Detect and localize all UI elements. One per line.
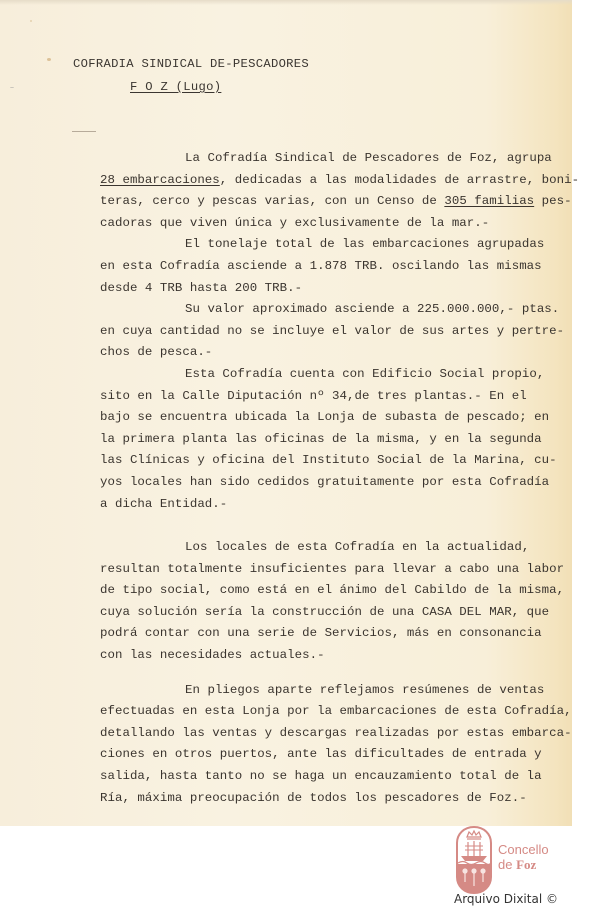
document-title: COFRADIA SINDICAL DE-PESCADORES xyxy=(73,57,309,71)
text-line: teras, cerco y pescas varias, con un Cen… xyxy=(100,191,570,213)
text-segment: sito en la Calle Diputación nº 34,de tre… xyxy=(100,389,527,403)
text-segment: , dedicadas a las modalidades de arrastr… xyxy=(220,173,579,187)
text-line: ciones en otros puertos, ante las dificu… xyxy=(100,744,570,766)
text-segment: desde 4 TRB hasta 200 TRB.- xyxy=(100,281,302,295)
paragraph: La Cofradía Sindical de Pescadores de Fo… xyxy=(100,148,570,234)
text-segment: en cuya cantidad no se incluye el valor … xyxy=(100,324,564,338)
underlined-text: 305 familias xyxy=(444,194,534,208)
paragraph: Esta Cofradía cuenta con Edificio Social… xyxy=(100,364,570,515)
text-line: efectuadas en esta Lonja por la embarcac… xyxy=(100,701,570,723)
text-segment: teras, cerco y pescas varias, con un Cen… xyxy=(100,194,444,208)
logo-line-de-foz: de Foz xyxy=(498,857,549,872)
concello-de-foz-logo: Concello de Foz xyxy=(455,826,575,896)
text-segment: Los locales de esta Cofradía en la actua… xyxy=(185,540,529,554)
text-line: a dicha Entidad.- xyxy=(100,494,570,516)
text-segment: chos de pesca.- xyxy=(100,345,212,359)
text-line: cuya solución sería la construcción de u… xyxy=(100,602,570,624)
text-line: en cuya cantidad no se incluye el valor … xyxy=(100,321,570,343)
text-line: las Clínicas y oficina del Instituto Soc… xyxy=(100,450,570,472)
text-line: detallando las ventas y descargas realiz… xyxy=(100,723,570,745)
text-segment: de tipo social, como está en el ánimo de… xyxy=(100,583,564,597)
document-body: La Cofradía Sindical de Pescadores de Fo… xyxy=(100,148,570,809)
text-segment: yos locales han sido cedidos gratuitamen… xyxy=(100,475,549,489)
text-segment: Su valor aproximado asciende a 225.000.0… xyxy=(185,302,559,316)
paper-stain xyxy=(47,58,51,61)
text-segment: Esta Cofradía cuenta con Edificio Social… xyxy=(185,367,544,381)
text-segment: La Cofradía Sindical de Pescadores de Fo… xyxy=(185,151,552,165)
text-segment: a dicha Entidad.- xyxy=(100,497,227,511)
text-line: Los locales de esta Cofradía en la actua… xyxy=(100,537,570,559)
text-line: chos de pesca.- xyxy=(100,342,570,364)
text-line: yos locales han sido cedidos gratuitamen… xyxy=(100,472,570,494)
scanned-document-page: COFRADIA SINDICAL DE-PESCADORES F O Z (L… xyxy=(0,0,572,826)
text-line: salida, hasta tanto no se haga un encauz… xyxy=(100,766,570,788)
paragraph: El tonelaje total de las embarcaciones a… xyxy=(100,234,570,299)
paragraph: Su valor aproximado asciende a 225.000.0… xyxy=(100,299,570,364)
text-line: resultan totalmente insuficientes para l… xyxy=(100,559,570,581)
text-segment: las Clínicas y oficina del Instituto Soc… xyxy=(100,453,557,467)
text-segment: pes- xyxy=(534,194,571,208)
concello-de-foz-crest-icon xyxy=(455,826,493,894)
text-line: 28 embarcaciones, dedicadas a las modali… xyxy=(100,170,570,192)
paper-stain xyxy=(30,20,32,22)
text-segment: con las necesidades actuales.- xyxy=(100,648,325,662)
document-subtitle: F O Z (Lugo) xyxy=(130,80,221,94)
logo-wordmark: Concello de Foz xyxy=(498,842,549,872)
underlined-text: 28 embarcaciones xyxy=(100,173,220,187)
text-segment: bajo se encuentra ubicada la Lonja de su… xyxy=(100,410,549,424)
text-segment: resultan totalmente insuficientes para l… xyxy=(100,562,564,576)
text-segment: salida, hasta tanto no se haga un encauz… xyxy=(100,769,542,783)
text-line: cadoras que viven única y exclusivamente… xyxy=(100,213,570,235)
paragraph: Los locales de esta Cofradía en la actua… xyxy=(100,537,570,667)
logo-line-concello: Concello xyxy=(498,842,549,857)
paragraph: En pliegos aparte reflejamos resúmenes d… xyxy=(100,680,570,810)
text-line: en esta Cofradía asciende a 1.878 TRB. o… xyxy=(100,256,570,278)
text-line: Esta Cofradía cuenta con Edificio Social… xyxy=(100,364,570,386)
text-segment: cadoras que viven única y exclusivamente… xyxy=(100,216,489,230)
typed-dash-mark xyxy=(72,131,96,132)
text-segment: efectuadas en esta Lonja por la embarcac… xyxy=(100,704,572,718)
text-segment: la primera planta las oficinas de la mis… xyxy=(100,432,542,446)
text-line: Su valor aproximado asciende a 225.000.0… xyxy=(100,299,570,321)
text-segment: El tonelaje total de las embarcaciones a… xyxy=(185,237,544,251)
archive-credit: Arquivo Dixital © xyxy=(454,892,558,906)
text-line: La Cofradía Sindical de Pescadores de Fo… xyxy=(100,148,570,170)
text-line: El tonelaje total de las embarcaciones a… xyxy=(100,234,570,256)
text-segment: Ría, máxima preocupación de todos los pe… xyxy=(100,791,527,805)
text-line: con las necesidades actuales.- xyxy=(100,645,570,667)
text-line: sito en la Calle Diputación nº 34,de tre… xyxy=(100,386,570,408)
text-line: desde 4 TRB hasta 200 TRB.- xyxy=(100,278,570,300)
text-segment: en esta Cofradía asciende a 1.878 TRB. o… xyxy=(100,259,542,273)
paper-stain xyxy=(10,87,14,88)
text-line: podrá contar con una serie de Servicios,… xyxy=(100,623,570,645)
text-segment: detallando las ventas y descargas realiz… xyxy=(100,726,572,740)
text-segment: cuya solución sería la construcción de u… xyxy=(100,605,549,619)
text-line: Ría, máxima preocupación de todos los pe… xyxy=(100,788,570,810)
text-line: la primera planta las oficinas de la mis… xyxy=(100,429,570,451)
text-segment: ciones en otros puertos, ante las dificu… xyxy=(100,747,542,761)
text-line: bajo se encuentra ubicada la Lonja de su… xyxy=(100,407,570,429)
text-line: de tipo social, como está en el ánimo de… xyxy=(100,580,570,602)
text-segment: En pliegos aparte reflejamos resúmenes d… xyxy=(185,683,544,697)
text-line: En pliegos aparte reflejamos resúmenes d… xyxy=(100,680,570,702)
text-segment: podrá contar con una serie de Servicios,… xyxy=(100,626,542,640)
